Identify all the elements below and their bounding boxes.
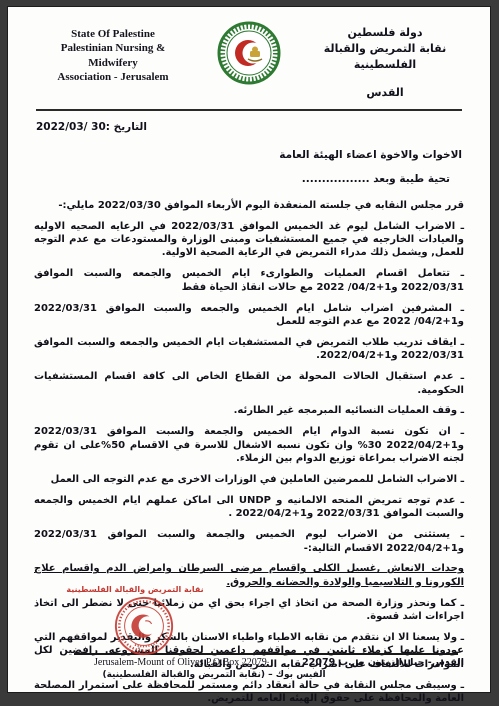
bullet-paragraph: ـ ان تكون نسبة الدوام ايام الخميس والجمع… (34, 425, 464, 465)
bullet-paragraph: ـ وسيبقى مجلس النقابة في حالة انعقاد دائ… (34, 679, 464, 706)
letterhead: State Of Palestine Palestinian Nursing &… (34, 19, 464, 101)
bullet-paragraph: ـ عدم استقبال الحالات المحولة من القطاع … (34, 370, 464, 397)
document-photo: { "header": { "english_lines": ["State O… (0, 0, 499, 706)
bullet-paragraph: ـ الاضراب الشامل ليوم غد الخميس الموافق … (34, 220, 464, 260)
stamp-text: نقابة التمريض والقبالة الفلسطينية (60, 585, 210, 594)
date-label: التاريخ (114, 121, 147, 133)
header-divider (36, 109, 462, 111)
footer-address-arabic: القدس- جبل الزيتون ص.ب 22079 (302, 657, 464, 668)
letter-page: State Of Palestine Palestinian Nursing &… (7, 6, 491, 693)
letterhead-ar-city: القدس (306, 85, 464, 101)
letterhead-english: State Of Palestine Palestinian Nursing &… (34, 27, 192, 84)
bullet-paragraph: ـ الاضراب الشامل للممرضين العاملين في ال… (34, 473, 464, 486)
letterhead-en-line: Association - Jerusalem (34, 70, 192, 84)
bullet-paragraph: ـ عدم توجه تمريض المنحه الالمانيه و UNDP… (34, 494, 464, 521)
footer-facebook-line: الفيس بوك – (نقابة التمريض والقبالة الفل… (8, 670, 420, 680)
bullet-paragraph: ـ ايقاف تدريب طلاب التمريض في المستشفيات… (34, 336, 464, 363)
stamp-block: نقابة التمريض والقبالة الفلسطينية (60, 585, 210, 661)
letterhead-ar-line: دولة فلسطين (306, 25, 464, 41)
letterhead-arabic: دولة فلسطين نقابة التمريض والقبالة الفلس… (306, 25, 464, 101)
letterhead-en-line: Palestinian Nursing & (34, 41, 192, 55)
bullet-paragraph: ـ المشرفين اضراب شامل ايام الخميس والجمع… (34, 302, 464, 329)
letterhead-en-line: Midwifery (34, 56, 192, 70)
date-value: 2022/03/ 30: (36, 121, 110, 133)
letterhead-en-line: State Of Palestine (34, 27, 192, 41)
intro-paragraph: قرر مجلس النقابه في جلسته المنعقدة اليوم… (34, 199, 464, 212)
association-seal-icon (217, 21, 281, 85)
letterhead-ar-line: نقابة التمريض والقبالة الفلسطينية (306, 41, 464, 73)
bullet-paragraph: ـ وقف العمليات النسائيه المبرمجه غير الط… (34, 404, 464, 417)
greeting-line: تحية طيبة وبعد ................. (34, 173, 450, 185)
salutation-line: الاخوات والاخوة اعضاء الهيئة العامة (34, 149, 462, 161)
stamp-seal-icon (109, 591, 179, 661)
bullet-paragraph: ـ تتعامل اقسام العمليات والطوارىء ايام ا… (34, 267, 464, 294)
date-line: 2022/03/ 30: التاريخ (36, 121, 464, 133)
bullet-paragraph: ـ يستثنى من الاضراب ليوم الخميس والجمعة … (34, 528, 464, 555)
